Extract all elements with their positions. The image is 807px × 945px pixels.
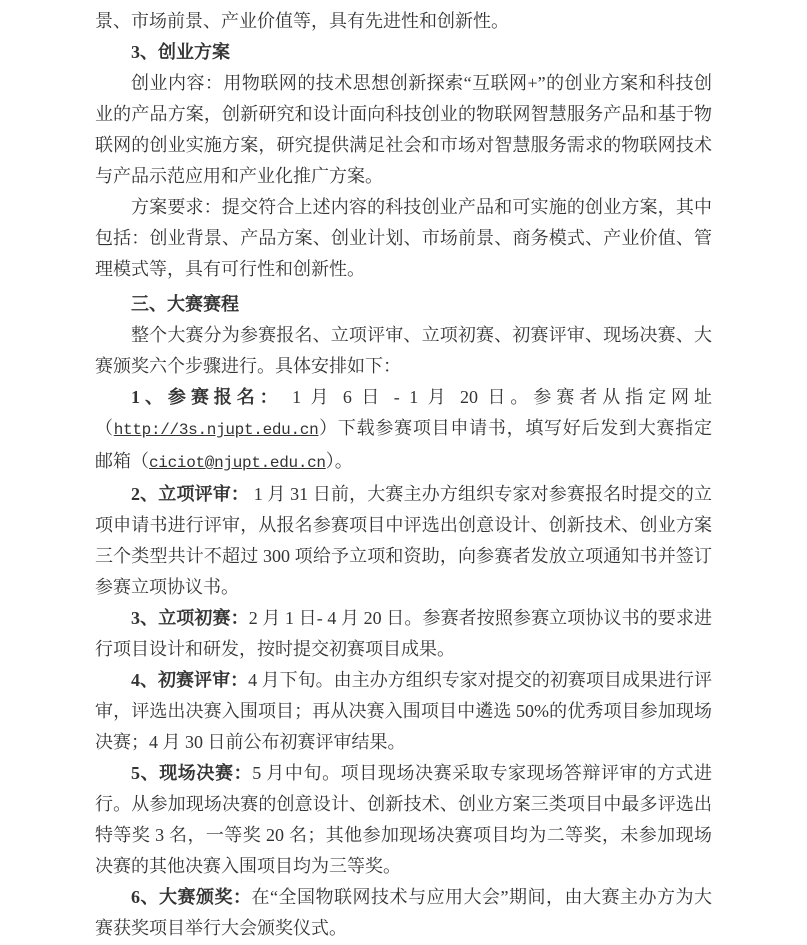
schedule-item-preliminary-round: 3、立项初赛：2 月 1 日- 4 月 20 日。参赛者按照参赛立项协议书的要求… <box>95 603 712 665</box>
paragraph-plan-requirements: 方案要求：提交符合上述内容的科技创业产品和可实施的创业方案，其中包括：创业背景、… <box>95 192 712 285</box>
section-heading-competition-schedule: 三、大赛赛程 <box>95 289 712 320</box>
document-page: 景、市场前景、产业价值等，具有先进性和创新性。 3、创业方案 创业内容：用物联网… <box>0 0 807 945</box>
schedule-item-label: 2、立项评审： <box>131 484 249 504</box>
paragraph-continuation: 景、市场前景、产业价值等，具有先进性和创新性。 <box>95 6 712 37</box>
paragraph-business-content: 创业内容：用物联网的技术思想创新探索“互联网+”的创业方案和科技创业的产品方案，… <box>95 68 712 192</box>
schedule-item-label: 5、现场决赛： <box>131 763 252 783</box>
email-link[interactable]: ciciot@njupt.edu.cn <box>149 454 326 472</box>
schedule-item-onsite-final: 5、现场决赛：5 月中旬。项目现场决赛采取专家现场答辩评审的方式进行。从参加现场… <box>95 758 712 882</box>
paragraph-schedule-intro: 整个大赛分为参赛报名、立项评审、立项初赛、初赛评审、现场决赛、大赛颁奖六个步骤进… <box>95 320 712 382</box>
schedule-item-label: 1、参赛报名： <box>131 387 283 407</box>
website-link[interactable]: http://3s.njupt.edu.cn <box>114 421 319 439</box>
schedule-item-label: 3、立项初赛： <box>131 608 249 628</box>
schedule-item-registration: 1、参赛报名： 1 月 6 日 - 1 月 20 日。参赛者从指定网址（http… <box>95 382 712 479</box>
schedule-item-text: ）。 <box>326 451 353 471</box>
schedule-item-preliminary-review: 4、初赛评审：4 月下旬。由主办方组织专家对提交的初赛项目成果进行评审，评选出决… <box>95 665 712 758</box>
subsection-heading-business-plan: 3、创业方案 <box>95 37 712 68</box>
schedule-item-label: 6、大赛颁奖： <box>131 887 252 907</box>
schedule-item-award-ceremony: 6、大赛颁奖：在“全国物联网技术与应用大会”期间，由大赛主办方为大赛获奖项目举行… <box>95 882 712 944</box>
schedule-item-project-review: 2、立项评审： 1 月 31 日前，大赛主办方组织专家对参赛报名时提交的立项申请… <box>95 479 712 603</box>
schedule-item-label: 4、初赛评审： <box>131 670 248 690</box>
